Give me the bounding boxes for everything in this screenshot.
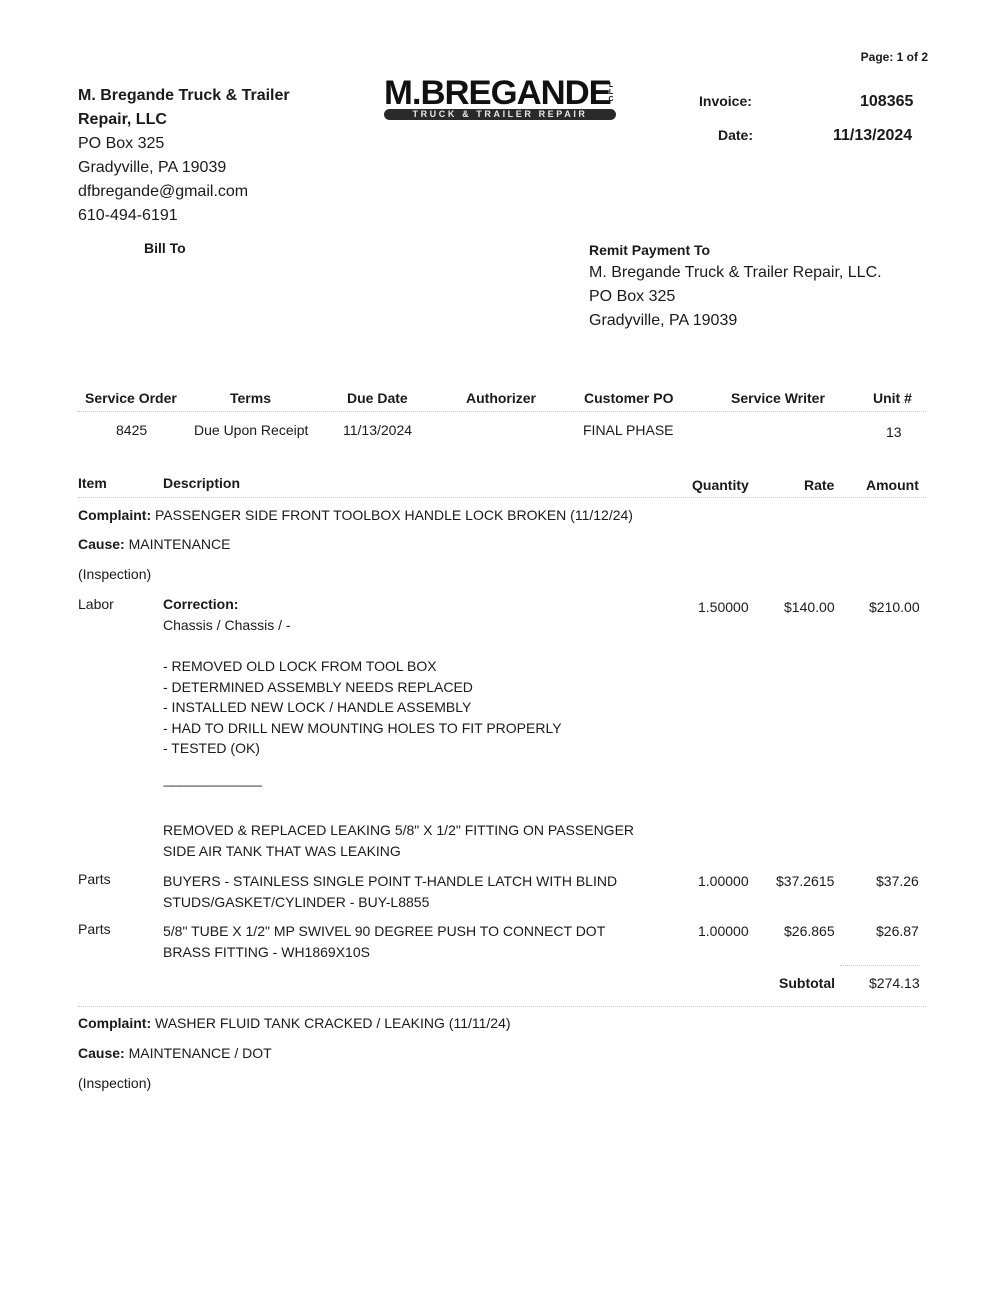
company-logo: M.BREGANDE LLC TRUCK & TRAILER REPAIR — [384, 80, 616, 122]
header-due-date: Due Date — [347, 390, 408, 406]
correction-label: Correction: — [163, 596, 238, 612]
parts-amount: $26.87 — [876, 923, 919, 939]
invoice-number: 108365 — [860, 93, 913, 111]
note-line: SIDE AIR TANK THAT WAS LEAKING — [163, 841, 634, 862]
remit-city: Gradyville, PA 19039 — [589, 309, 882, 333]
parts-item: Parts — [78, 921, 111, 937]
divider — [840, 965, 920, 966]
subtotal-label: Subtotal — [779, 975, 835, 991]
logo-tagline: TRUCK & TRAILER REPAIR — [384, 109, 616, 120]
note-line: REMOVED & REPLACED LEAKING 5/8" X 1/2" F… — [163, 820, 634, 841]
desc-line: STUDS/GASKET/CYLINDER - BUY-L8855 — [163, 892, 617, 913]
divider — [78, 1006, 926, 1007]
inspection-2: (Inspection) — [78, 1075, 151, 1091]
col-rate: Rate — [804, 477, 834, 493]
divider — [78, 497, 926, 498]
company-info: M. Bregande Truck & Trailer Repair, LLC … — [78, 84, 318, 228]
service-order-value: 8425 — [116, 422, 147, 438]
invoice-label: Invoice: — [699, 93, 752, 109]
header-terms: Terms — [230, 390, 271, 406]
logo-llc: LLC — [608, 82, 614, 103]
date-label: Date: — [718, 127, 753, 143]
complaint-text: PASSENGER SIDE FRONT TOOLBOX HANDLE LOCK… — [155, 507, 633, 523]
company-email[interactable]: dfbregande@gmail.com — [78, 180, 318, 204]
header-service-order: Service Order — [85, 390, 177, 406]
step: - TESTED (OK) — [163, 738, 562, 759]
logo-wordmark: M.BREGANDE — [384, 74, 611, 113]
correction-category: Chassis / Chassis / - — [163, 617, 291, 633]
due-date-value: 11/13/2024 — [343, 422, 412, 438]
terms-value: Due Upon Receipt — [194, 422, 308, 438]
invoice-date: 11/13/2024 — [833, 127, 912, 145]
unit-value: 13 — [886, 424, 902, 440]
step: - HAD TO DRILL NEW MOUNTING HOLES TO FIT… — [163, 718, 562, 739]
parts-quantity: 1.00000 — [698, 873, 749, 889]
step: - REMOVED OLD LOCK FROM TOOL BOX — [163, 656, 562, 677]
parts-amount: $37.26 — [876, 873, 919, 889]
cause-label: Cause: — [78, 536, 125, 552]
step: - INSTALLED NEW LOCK / HANDLE ASSEMBLY — [163, 697, 562, 718]
company-po-box: PO Box 325 — [78, 132, 318, 156]
parts-quantity: 1.00000 — [698, 923, 749, 939]
customer-po-value: FINAL PHASE — [583, 422, 674, 438]
col-quantity: Quantity — [692, 477, 749, 493]
company-city: Gradyville, PA 19039 — [78, 156, 318, 180]
correction-note: REMOVED & REPLACED LEAKING 5/8" X 1/2" F… — [163, 820, 634, 861]
bill-to-label: Bill To — [144, 240, 186, 256]
parts-description: BUYERS - STAINLESS SINGLE POINT T-HANDLE… — [163, 871, 617, 912]
remit-title: Remit Payment To — [589, 241, 882, 259]
complaint-label: Complaint: — [78, 507, 151, 523]
divider — [78, 411, 926, 412]
labor-rate: $140.00 — [784, 599, 835, 615]
labor-quantity: 1.50000 — [698, 599, 749, 615]
parts-rate: $26.865 — [784, 923, 835, 939]
inspection-1: (Inspection) — [78, 566, 151, 582]
header-customer-po: Customer PO — [584, 390, 673, 406]
desc-line: 5/8" TUBE X 1/2" MP SWIVEL 90 DEGREE PUS… — [163, 921, 605, 942]
cause-text: MAINTENANCE — [129, 536, 231, 552]
page-number: Page: 1 of 2 — [861, 50, 928, 64]
parts-item: Parts — [78, 871, 111, 887]
labor-amount: $210.00 — [869, 599, 920, 615]
col-description: Description — [163, 475, 240, 491]
step: - DETERMINED ASSEMBLY NEEDS REPLACED — [163, 677, 562, 698]
separator: ------------------------------------- — [163, 780, 262, 792]
complaint-1: Complaint: PASSENGER SIDE FRONT TOOLBOX … — [78, 507, 633, 523]
labor-item: Labor — [78, 596, 114, 612]
cause-label: Cause: — [78, 1045, 125, 1061]
complaint-2: Complaint: WASHER FLUID TANK CRACKED / L… — [78, 1015, 511, 1031]
header-authorizer: Authorizer — [466, 390, 536, 406]
complaint-text: WASHER FLUID TANK CRACKED / LEAKING (11/… — [155, 1015, 511, 1031]
parts-description: 5/8" TUBE X 1/2" MP SWIVEL 90 DEGREE PUS… — [163, 921, 605, 962]
company-phone: 610-494-6191 — [78, 204, 318, 228]
desc-line: BRASS FITTING - WH1869X10S — [163, 942, 605, 963]
remit-po-box: PO Box 325 — [589, 285, 882, 309]
col-amount: Amount — [866, 477, 919, 493]
header-unit: Unit # — [873, 390, 912, 406]
remit-name: M. Bregande Truck & Trailer Repair, LLC. — [589, 261, 882, 285]
cause-1: Cause: MAINTENANCE — [78, 536, 230, 552]
remit-payment-block: Remit Payment To M. Bregande Truck & Tra… — [589, 241, 882, 333]
subtotal-value: $274.13 — [869, 975, 920, 991]
cause-2: Cause: MAINTENANCE / DOT — [78, 1045, 272, 1061]
header-service-writer: Service Writer — [731, 390, 825, 406]
company-name: M. Bregande Truck & Trailer Repair, LLC — [78, 84, 318, 132]
cause-text: MAINTENANCE / DOT — [129, 1045, 272, 1061]
parts-rate: $37.2615 — [776, 873, 834, 889]
col-item: Item — [78, 475, 107, 491]
desc-line: BUYERS - STAINLESS SINGLE POINT T-HANDLE… — [163, 871, 617, 892]
correction-steps: - REMOVED OLD LOCK FROM TOOL BOX - DETER… — [163, 656, 562, 759]
complaint-label: Complaint: — [78, 1015, 151, 1031]
